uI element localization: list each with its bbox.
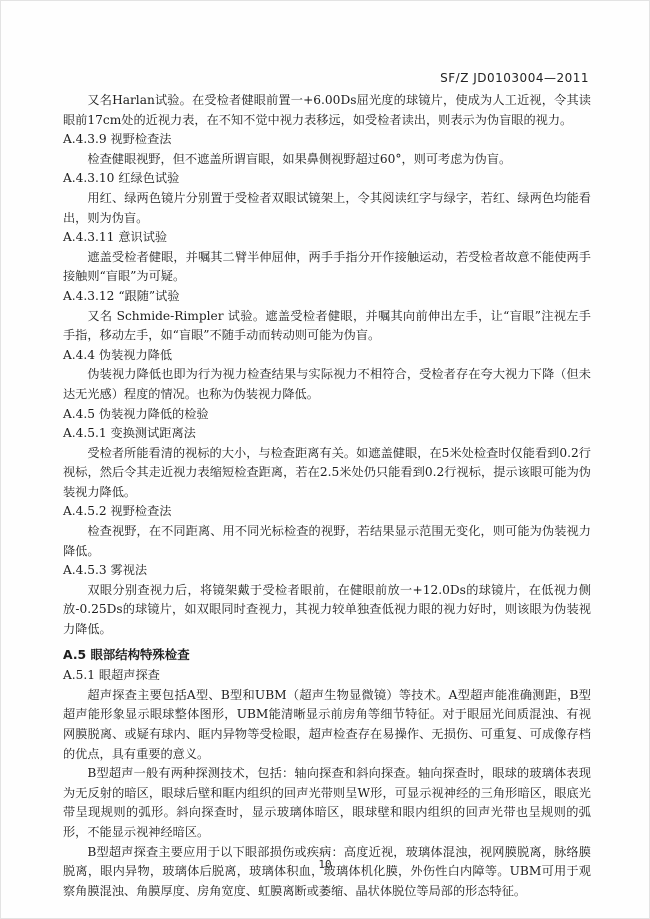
clause-heading: A.5.1 眼超声探查 bbox=[63, 666, 591, 686]
body-paragraph: 检查视野，在不同距离、用不同光标检查的视野，若结果显示范围无变化，则可能为伪装视… bbox=[63, 522, 591, 561]
clause-heading: A.4.5.2 视野检查法 bbox=[63, 502, 591, 522]
body-paragraph: 又名 Schmide-Rimpler 试验。遮盖受检者健眼，并嘱其向前伸出左手，… bbox=[63, 307, 591, 346]
clause-heading: A.4.4 伪装视力降低 bbox=[63, 346, 591, 366]
clause-heading: A.4.5 伪装视力降低的检验 bbox=[63, 405, 591, 425]
body-paragraph: 用红、绿两色镜片分别置于受检者双眼试镜架上，令其阅读红字与绿字，若红、绿两色均能… bbox=[63, 189, 591, 228]
clause-heading: A.4.3.9 视野检查法 bbox=[63, 130, 591, 150]
page-number: 10 bbox=[1, 858, 649, 871]
body-paragraph: 受检者所能看清的视标的大小，与检查距离有关。如遮盖健眼，在5米处检查时仅能看到0… bbox=[63, 444, 591, 503]
body-paragraph: 遮盖受检者健眼，并嘱其二臂半伸屈伸，两手手指分开作接触运动，若受检者故意不能使两… bbox=[63, 248, 591, 287]
body-paragraph: 检查健眼视野，但不遮盖所谓盲眼，如果鼻侧视野超过60°，则可考虑为伪盲。 bbox=[63, 150, 591, 170]
clause-heading: A.4.3.11 意识试验 bbox=[63, 228, 591, 248]
standard-number-header: SF/Z JD0103004—2011 bbox=[440, 71, 589, 85]
section-heading: A.5 眼部结构特殊检查 bbox=[63, 645, 591, 665]
clause-heading: A.4.3.10 红绿色试验 bbox=[63, 169, 591, 189]
page-body: 又名Harlan试验。在受检者健眼前置一+6.00Ds屈光度的球镜片，使成为人工… bbox=[63, 91, 591, 901]
clause-heading: A.4.3.12 “跟随”试验 bbox=[63, 287, 591, 307]
body-paragraph: B型超声一般有两种探测技术，包括：轴向探查和斜向探查。轴向探查时，眼球的玻璃体表… bbox=[63, 764, 591, 842]
document-page: SF/Z JD0103004—2011 又名Harlan试验。在受检者健眼前置一… bbox=[0, 0, 650, 919]
body-paragraph: 超声探查主要包括A型、B型和UBM（超声生物显微镜）等技术。A型超声能准确测距，… bbox=[63, 686, 591, 764]
body-paragraph: 伪装视力降低也即为行为视力检查结果与实际视力不相符合，受检者存在夸大视力下降（但… bbox=[63, 365, 591, 404]
clause-heading: A.4.5.3 雾视法 bbox=[63, 561, 591, 581]
body-paragraph: B型超声探查主要应用于以下眼部损伤或疾病：高度近视，玻璃体混浊，视网膜脱离，脉络… bbox=[63, 843, 591, 902]
clause-heading: A.4.5.1 变换测试距离法 bbox=[63, 424, 591, 444]
body-paragraph: 双眼分别查视力后，将镜架戴于受检者眼前，在健眼前放一+12.0Ds的球镜片，在低… bbox=[63, 581, 591, 640]
body-paragraph: 又名Harlan试验。在受检者健眼前置一+6.00Ds屈光度的球镜片，使成为人工… bbox=[63, 91, 591, 130]
